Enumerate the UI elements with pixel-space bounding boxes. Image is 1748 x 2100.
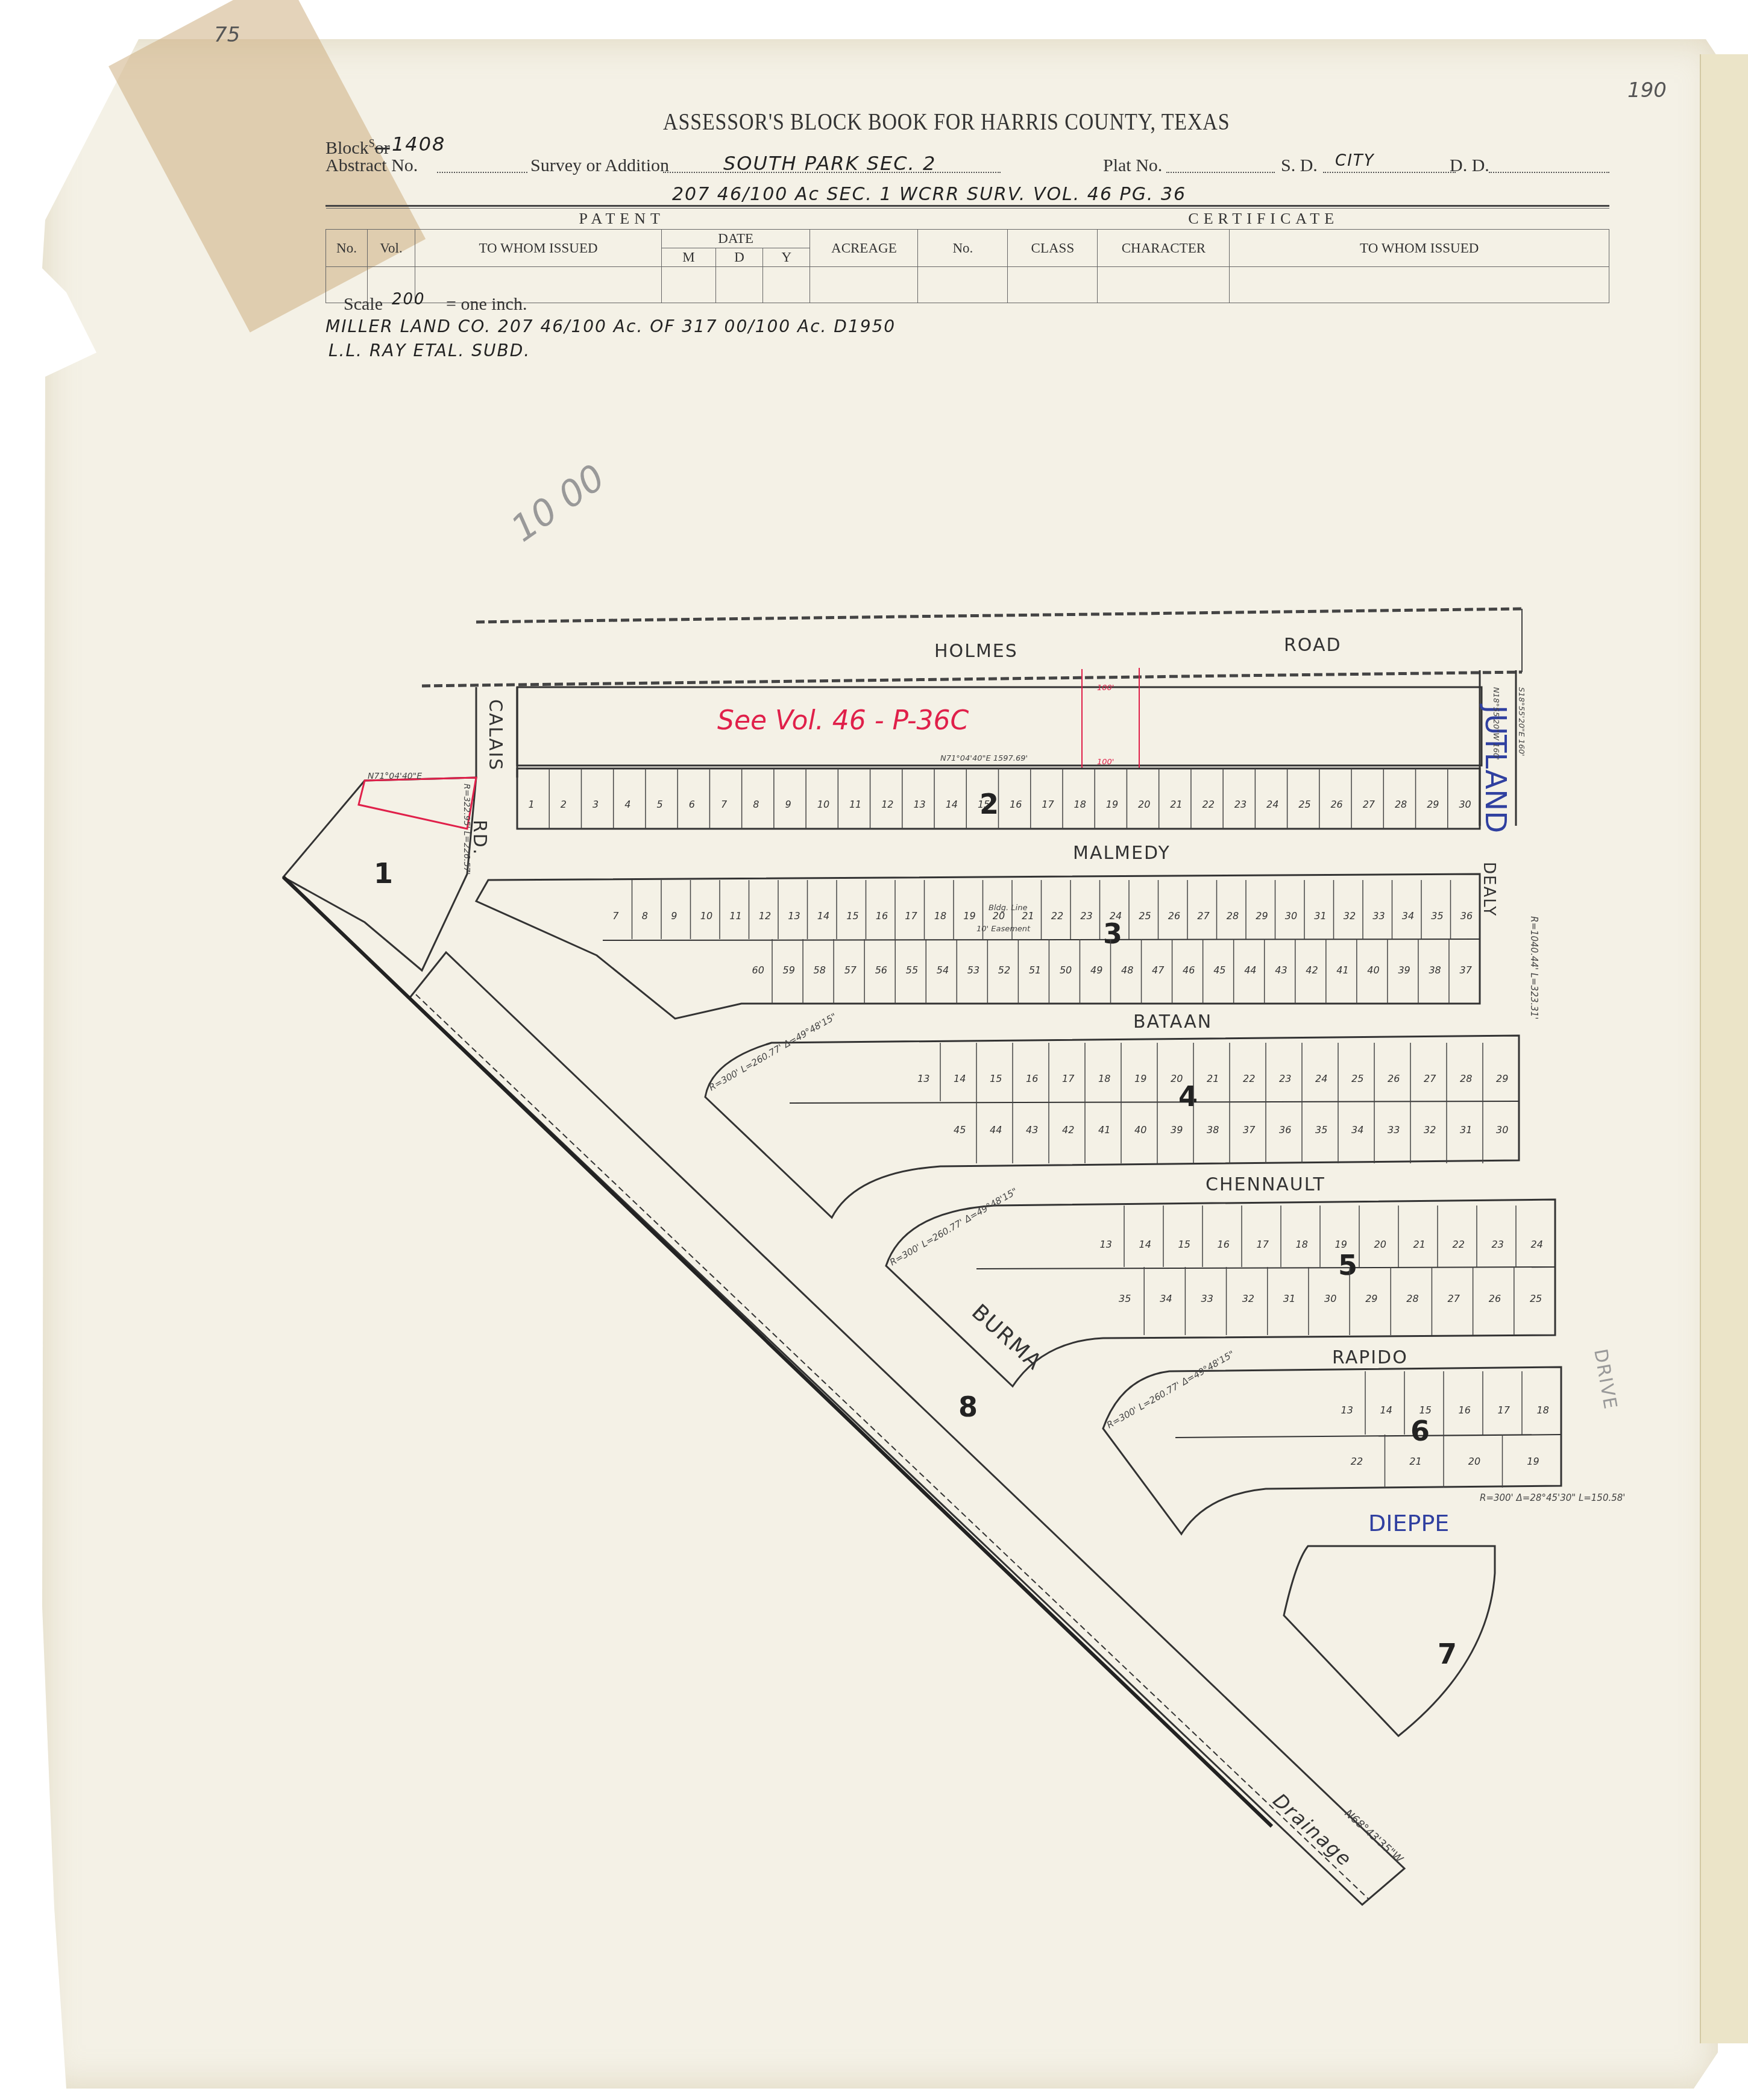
lot-number: 27 [1424, 1073, 1436, 1084]
lot-number: 18 [1098, 1073, 1110, 1084]
lot-number: 8 [753, 799, 759, 810]
lot-number: 11 [729, 910, 741, 922]
lot-number: 38 [1207, 1124, 1219, 1136]
lot-number: 28 [1406, 1293, 1418, 1304]
lot-number: 35 [1315, 1124, 1327, 1136]
lot-number: 13 [1100, 1239, 1112, 1250]
lot-number: 14 [1380, 1404, 1392, 1416]
lot-number: 31 [1460, 1124, 1472, 1136]
lot-number: 30 [1496, 1124, 1508, 1136]
lot-number: 15 [846, 910, 858, 922]
lot-number: 10 [817, 799, 829, 810]
curve-bataan: R=300' L=260.77' Δ=49°48'15" [707, 1011, 838, 1093]
curve-rapido: R=300' L=260.77' Δ=49°48'15" [1105, 1348, 1236, 1430]
bearing-jutland-east: S18°55'20"E 160' [1517, 687, 1526, 756]
block-number-5: 5 [1338, 1249, 1357, 1281]
lot-number: 13 [917, 1073, 929, 1084]
lot-number: 59 [783, 964, 795, 976]
lot-number: 20 [1374, 1239, 1386, 1250]
curve-dieppe: R=300' Δ=28°45'30" L=150.58' [1480, 1492, 1625, 1503]
lot-number: 35 [1431, 910, 1443, 922]
lot-number: 19 [1134, 1073, 1146, 1084]
lot-number: 53 [967, 964, 979, 976]
red-dim-bottom: 100' [1097, 758, 1114, 767]
lot-number: 9 [671, 910, 677, 922]
lot-number: 7 [721, 799, 728, 810]
lot-number: 22 [1051, 910, 1063, 922]
lot-number: 36 [1460, 910, 1473, 922]
street-calais: CALAIS [485, 699, 506, 771]
street-road: ROAD [1284, 635, 1342, 656]
lot-number: 22 [1203, 799, 1215, 810]
lot-number: 27 [1363, 799, 1375, 810]
street-holmes: HOLMES [934, 641, 1018, 662]
lot-number: 28 [1460, 1073, 1472, 1084]
lot-number: 40 [1367, 964, 1379, 976]
lot-number: 13 [913, 799, 925, 810]
lot-number: 25 [1351, 1073, 1363, 1084]
lot-number: 44 [990, 1124, 1002, 1136]
block-number-6: 6 [1410, 1415, 1430, 1447]
lot-number: 30 [1459, 799, 1471, 810]
street-rapido: RAPIDO [1332, 1347, 1408, 1368]
lot-number: 43 [1026, 1124, 1038, 1136]
lot-number: 11 [849, 799, 861, 810]
lot-number: 6 [689, 799, 695, 810]
lot-number: 18 [1074, 799, 1086, 810]
lot-number: 20 [993, 910, 1005, 922]
lot-number: 18 [1537, 1404, 1549, 1416]
easement-label: 10' Easement [976, 925, 1031, 934]
lot-number: 26 [1388, 1073, 1400, 1084]
red-dim-top: 100' [1097, 684, 1114, 693]
lot-number: 22 [1351, 1456, 1363, 1467]
lot-number: 10 [700, 910, 712, 922]
lot-number: 26 [1489, 1293, 1501, 1304]
lot-number: 17 [1498, 1404, 1511, 1416]
lot-number: 46 [1183, 964, 1195, 976]
lot-number: 21 [1207, 1073, 1219, 1084]
lot-number: 45 [1213, 964, 1225, 976]
lot-number: 4 [624, 799, 630, 810]
lot-number: 16 [1218, 1239, 1230, 1250]
lot-number: 27 [1197, 910, 1210, 922]
lot-number: 45 [954, 1124, 966, 1136]
lot-number: 24 [1531, 1239, 1543, 1250]
lot-number: 52 [998, 964, 1010, 976]
lot-number: 33 [1372, 910, 1385, 922]
lot-number: 15 [978, 799, 990, 810]
lot-number: 7 [612, 910, 619, 922]
lot-number: 36 [1279, 1124, 1291, 1136]
lot-number: 27 [1448, 1293, 1460, 1304]
lot-number: 28 [1395, 799, 1407, 810]
lot-number: 40 [1134, 1124, 1146, 1136]
lot-number: 47 [1152, 964, 1165, 976]
lot-number: 49 [1090, 964, 1102, 976]
lot-number: 20 [1468, 1456, 1480, 1467]
lot-number: 15 [1178, 1239, 1190, 1250]
lot-number: 21 [1409, 1456, 1421, 1467]
lot-number: 22 [1243, 1073, 1255, 1084]
lot-number: 55 [906, 964, 918, 976]
lot-number: 23 [1234, 799, 1247, 810]
lot-number: 33 [1388, 1124, 1400, 1136]
curve-calais: R=322.95' L=226.57' [462, 784, 471, 875]
lot-number: 44 [1244, 964, 1256, 976]
lot-number: 20 [1171, 1073, 1183, 1084]
lot-number: 28 [1227, 910, 1239, 922]
lot-number: 12 [881, 799, 893, 810]
lot-number: 37 [1243, 1124, 1256, 1136]
lot-number: 14 [954, 1073, 966, 1084]
lot-number: 8 [642, 910, 648, 922]
lot-number: 34 [1402, 910, 1414, 922]
lot-number: 19 [1106, 799, 1118, 810]
lot-number: 43 [1275, 964, 1287, 976]
street-bataan: BATAAN [1133, 1011, 1212, 1033]
lot-number: 20 [1138, 799, 1150, 810]
lot-number: 60 [752, 964, 764, 976]
lot-number: 29 [1256, 910, 1268, 922]
lot-number: 39 [1398, 964, 1410, 976]
lot-number: 14 [817, 910, 829, 922]
lot-number: 34 [1351, 1124, 1363, 1136]
lot-number: 19 [1527, 1456, 1539, 1467]
block-number-7: 7 [1438, 1638, 1457, 1670]
lot-number: 19 [1335, 1239, 1347, 1250]
lot-number: 35 [1119, 1293, 1131, 1304]
lot-number: 21 [1170, 799, 1182, 810]
street-malmedy: MALMEDY [1073, 843, 1171, 864]
lot-number: 31 [1314, 910, 1326, 922]
lot-number: 32 [1424, 1124, 1436, 1136]
lot-number: 34 [1160, 1293, 1172, 1304]
street-chennault: CHENNAULT [1206, 1174, 1325, 1195]
street-dieppe: DIEPPE [1368, 1510, 1449, 1536]
plat-map: HOLMES ROAD 100' 100' See Vol. 46 - P-36… [0, 0, 1748, 2100]
lot-number: 24 [1110, 910, 1122, 922]
lot-number: 18 [934, 910, 946, 922]
lot-number: 56 [875, 964, 887, 976]
lot-number: 32 [1344, 910, 1356, 922]
lot-number: 51 [1029, 964, 1041, 976]
lot-number: 16 [876, 910, 888, 922]
lot-number: 9 [785, 799, 791, 810]
block-7 [1284, 1546, 1495, 1736]
lot-number: 39 [1171, 1124, 1183, 1136]
lot-number: 25 [1298, 799, 1310, 810]
lot-number: 29 [1496, 1073, 1508, 1084]
block-3 [476, 874, 1480, 1019]
lot-number: 21 [1022, 910, 1034, 922]
block-number-8: 8 [958, 1391, 978, 1423]
curve-chennault: R=300' L=260.77' Δ=49°48'15" [888, 1186, 1019, 1268]
lot-number: 13 [788, 910, 800, 922]
lot-number: 37 [1459, 964, 1472, 976]
lot-number: 23 [1080, 910, 1092, 922]
lot-number: 15 [1419, 1404, 1432, 1416]
street-drive: DRIVE [1589, 1347, 1621, 1412]
lot-number: 13 [1341, 1404, 1353, 1416]
lot-number: 26 [1168, 910, 1180, 922]
lot-number: 19 [963, 910, 975, 922]
lot-number: 17 [1062, 1073, 1075, 1084]
lot-number: 12 [759, 910, 771, 922]
lot-number: 5 [657, 799, 663, 810]
lot-number: 32 [1242, 1293, 1254, 1304]
block-number-4: 4 [1178, 1080, 1198, 1113]
bearing-jutland-west: N18°55'20"W 160' [1491, 687, 1500, 760]
lot-number: 57 [844, 964, 857, 976]
lot-number: 29 [1365, 1293, 1377, 1304]
block-number-1: 1 [374, 857, 393, 890]
curve-dealy: R=1040.44' L=323.31' [1529, 916, 1539, 1019]
block-8 [283, 877, 1404, 1905]
lot-number: 25 [1530, 1293, 1542, 1304]
lot-number: 14 [1139, 1239, 1151, 1250]
lot-number: 30 [1285, 910, 1297, 922]
lot-number: 23 [1279, 1073, 1291, 1084]
lot-number: 14 [946, 799, 958, 810]
lot-number: 42 [1306, 964, 1318, 976]
bearing-calais-corner: N71°04'40"E [368, 772, 422, 781]
lot-number: 30 [1324, 1293, 1336, 1304]
lot-number: 25 [1139, 910, 1151, 922]
lot-number: 29 [1427, 799, 1439, 810]
lot-number: 16 [1026, 1073, 1038, 1084]
block-number-3: 3 [1103, 917, 1122, 950]
lot-number: 31 [1283, 1293, 1295, 1304]
lot-number: 38 [1429, 964, 1441, 976]
lot-number: 3 [593, 799, 599, 810]
lot-number: 48 [1121, 964, 1133, 976]
lot-number: 21 [1413, 1239, 1426, 1250]
lot-number: 41 [1098, 1124, 1110, 1136]
lot-number: 42 [1062, 1124, 1074, 1136]
lot-number: 22 [1453, 1239, 1465, 1250]
lot-number: 2 [561, 799, 567, 810]
lot-number: 58 [814, 964, 826, 976]
street-burma: BURMA [967, 1300, 1047, 1375]
see-vol-annotation: See Vol. 46 - P-36C [717, 705, 969, 736]
lot-number: 23 [1492, 1239, 1504, 1250]
lot-number: 41 [1336, 964, 1348, 976]
lot-number: 15 [990, 1073, 1002, 1084]
street-dealy: DEALY [1480, 862, 1498, 917]
lot-number: 17 [1257, 1239, 1269, 1250]
lot-number: 26 [1330, 799, 1342, 810]
lot-number: 33 [1201, 1293, 1213, 1304]
lot-number: 50 [1060, 964, 1072, 976]
lot-number: 18 [1296, 1239, 1308, 1250]
lot-number: 17 [905, 910, 917, 922]
lot-number: 24 [1315, 1073, 1327, 1084]
lot-number: 16 [1459, 1404, 1471, 1416]
lot-number: 24 [1266, 799, 1278, 810]
lot-number: 17 [1042, 799, 1054, 810]
bearing-holmes: N71°04'40"E 1597.69' [940, 754, 1028, 763]
lot-number: 54 [937, 964, 949, 976]
drainage-label: Drainage [1269, 1789, 1357, 1872]
lot-number: 1 [529, 799, 535, 810]
lot-number: 16 [1010, 799, 1022, 810]
